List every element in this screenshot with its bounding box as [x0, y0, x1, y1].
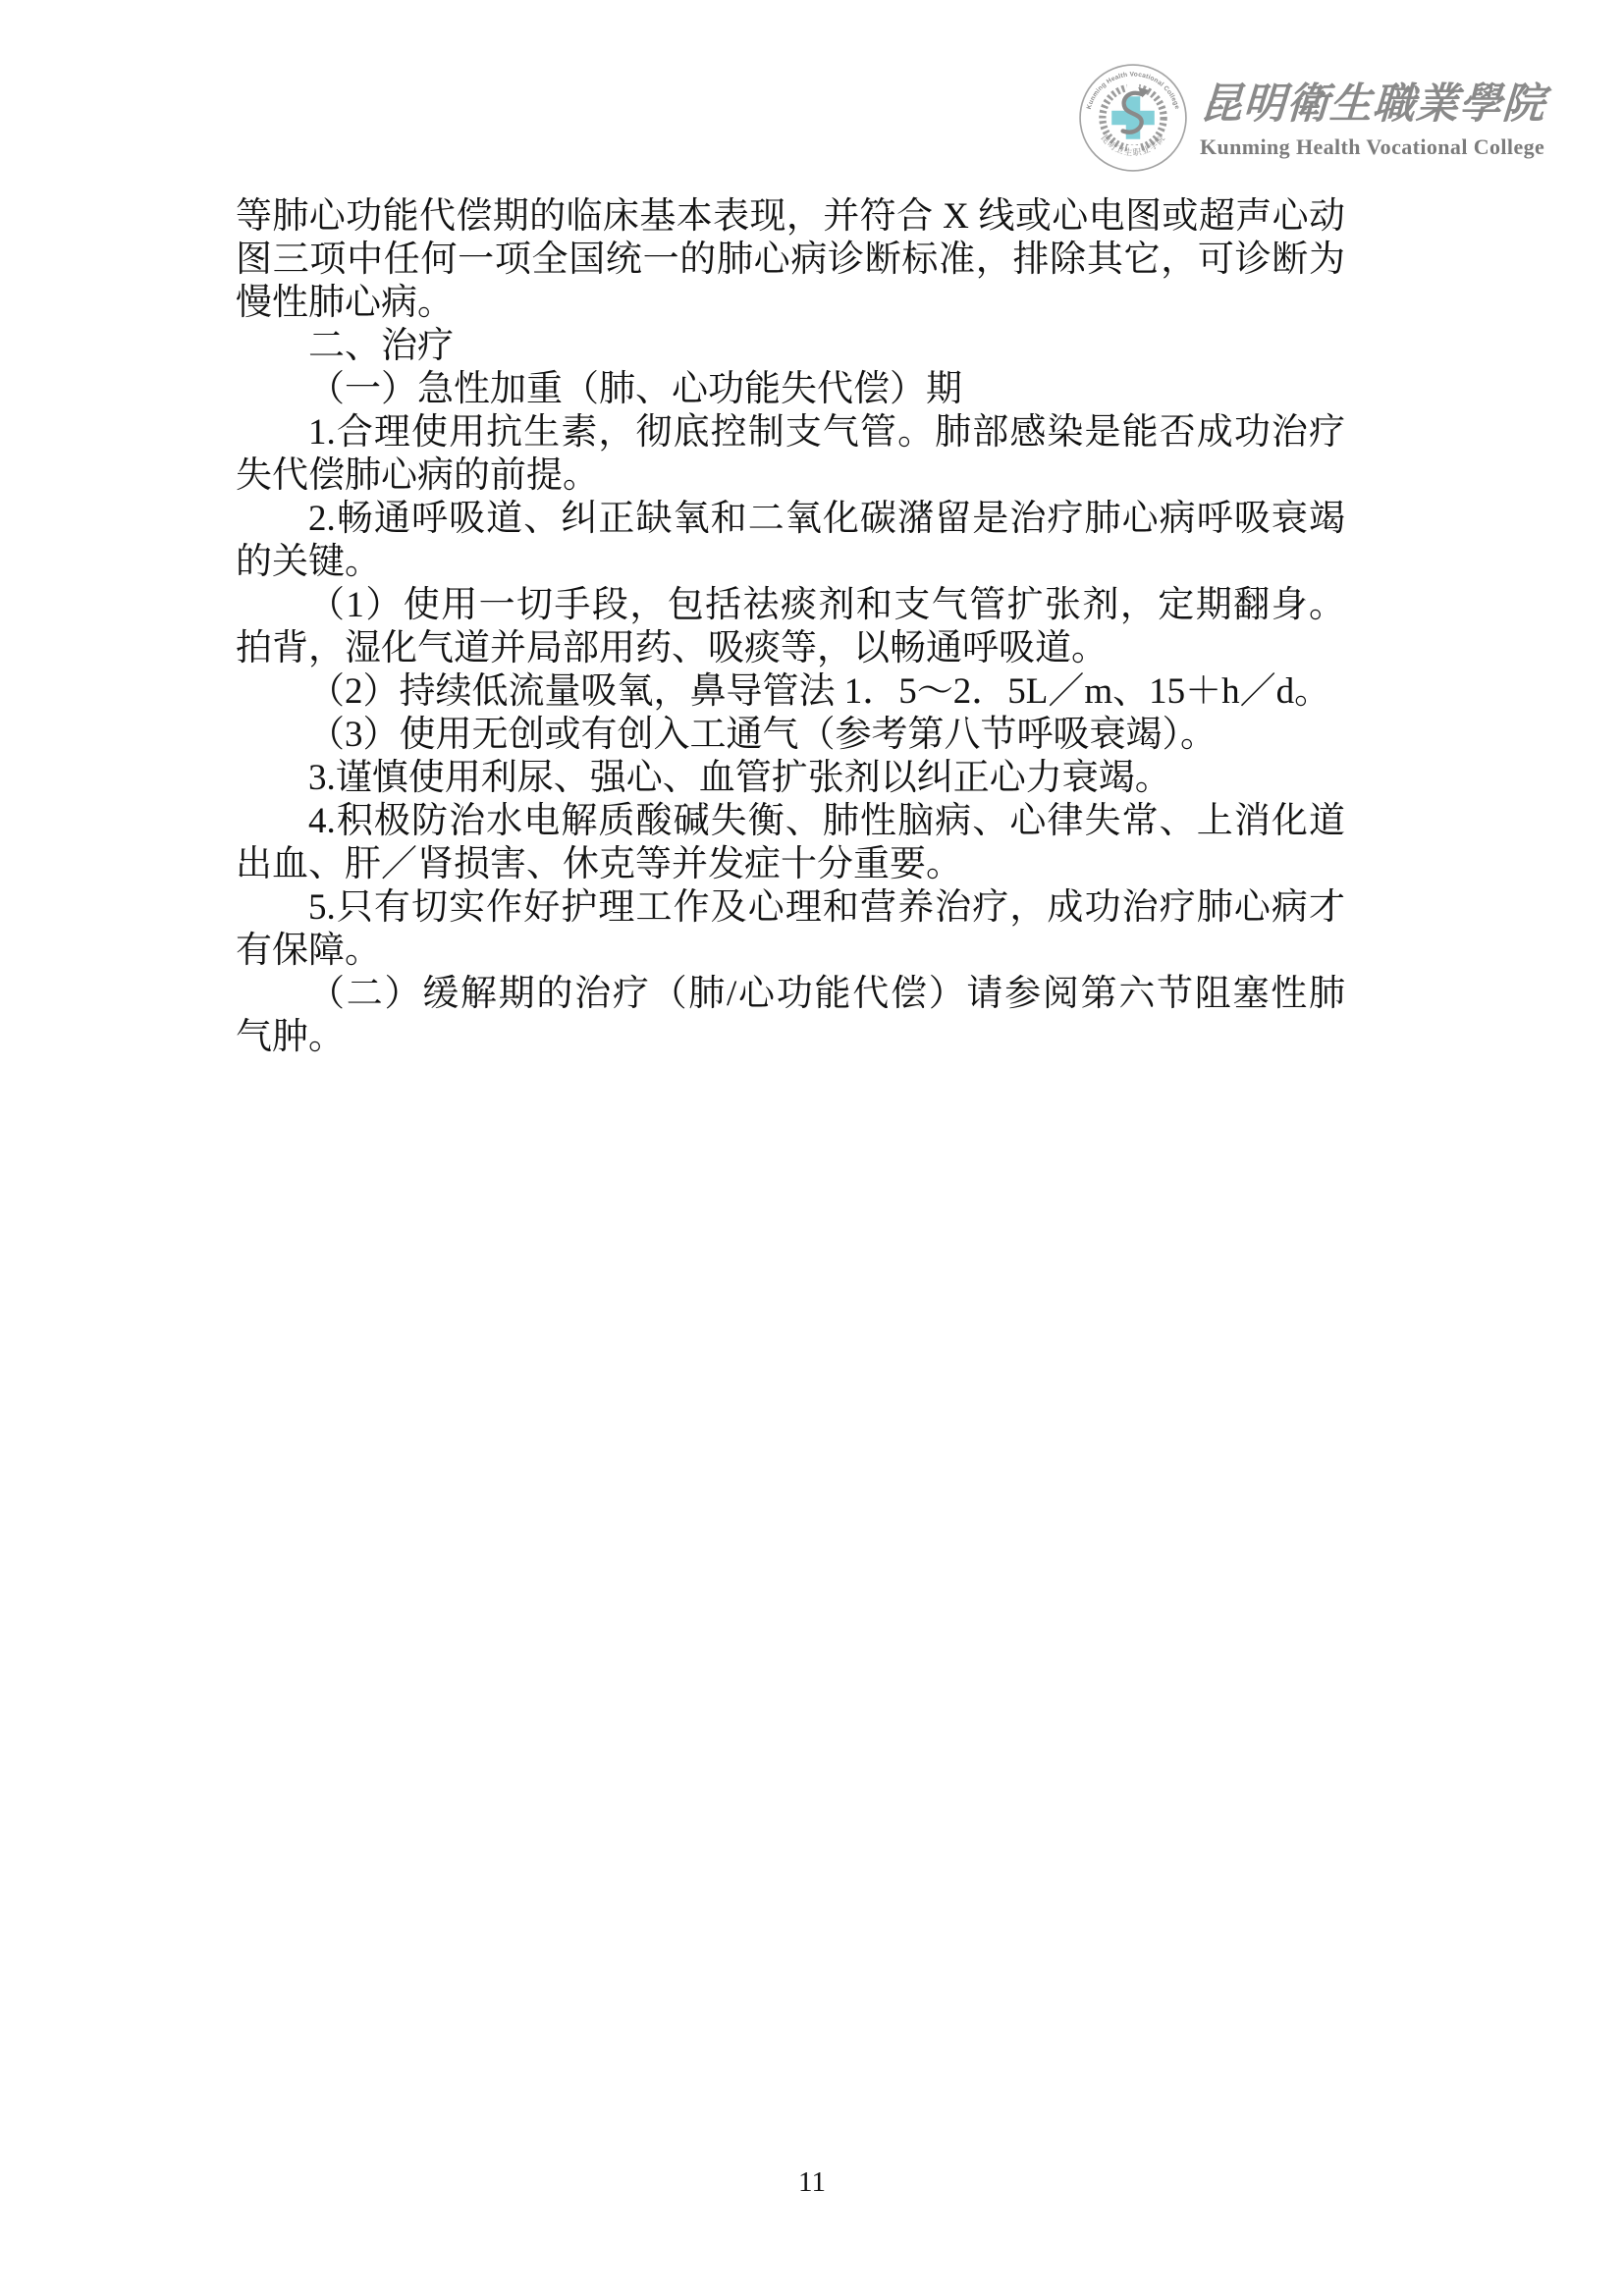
text-line: 5.只有切实作好护理工作及心理和营养治疗，成功治疗肺心病才: [236, 886, 1345, 930]
text-line: 气肿。: [236, 1016, 1345, 1059]
document-page: Kunming Health Vocational College 昆明卫生职业…: [0, 0, 1624, 2296]
text-line: （3）使用无创或有创入工通气（参考第八节呼吸衰竭）。: [236, 714, 1345, 757]
text-line: （一）急性加重（肺、心功能失代偿）期: [236, 368, 1345, 411]
text-line: 2.畅通呼吸道、纠正缺氧和二氧化碳潴留是治疗肺心病呼吸衰竭: [236, 498, 1345, 541]
wreath-gap-top: [1127, 81, 1139, 91]
text-line: （二）缓解期的治疗（肺/心功能代偿）请参阅第六节阻塞性肺: [236, 973, 1345, 1016]
college-name-block: 昆明衛生職業學院 Kunming Health Vocational Colle…: [1200, 79, 1545, 160]
text-line: 3.谨慎使用利尿、强心、血管扩张剂以纠正心力衰竭。: [236, 757, 1345, 800]
text-block: 等肺心功能代偿期的临床基本表现，并符合 X 线或心电图或超声心动图三项中任何一项…: [236, 195, 1345, 1059]
text-line: 的关键。: [236, 541, 1345, 584]
text-line: （1）使用一切手段，包括祛痰剂和支气管扩张剂，定期翻身。: [236, 584, 1345, 627]
text-line: （2）持续低流量吸氧，鼻导管法 1．5～2．5L／m、15＋h／d。: [236, 670, 1345, 714]
page-number: 11: [0, 2166, 1624, 2198]
text-line: 1.合理使用抗生素，彻底控制支气管。肺部感染是能否成功治疗: [236, 411, 1345, 454]
text-line: 二、治疗: [236, 325, 1345, 368]
college-emblem-icon: Kunming Health Vocational College 昆明卫生职业…: [1078, 63, 1188, 173]
text-line: 图三项中任何一项全国统一的肺心病诊断标准，排除其它，可诊断为: [236, 239, 1345, 282]
text-line: 拍背，湿化气道并局部用药、吸痰等，以畅通呼吸道。: [236, 627, 1345, 670]
college-name-chinese: 昆明衛生職業學院: [1199, 79, 1547, 132]
text-line: 出血、肝／肾损害、休克等并发症十分重要。: [236, 843, 1345, 886]
text-line: 慢性肺心病。: [236, 282, 1345, 325]
text-line: 等肺心功能代偿期的临床基本表现，并符合 X 线或心电图或超声心动: [236, 195, 1345, 239]
college-name-english: Kunming Health Vocational College: [1200, 134, 1545, 160]
text-line: 有保障。: [236, 930, 1345, 973]
text-line: 失代偿肺心病的前提。: [236, 454, 1345, 498]
text-line: 4.积极防治水电解质酸碱失衡、肺性脑病、心律失常、上消化道: [236, 800, 1345, 843]
